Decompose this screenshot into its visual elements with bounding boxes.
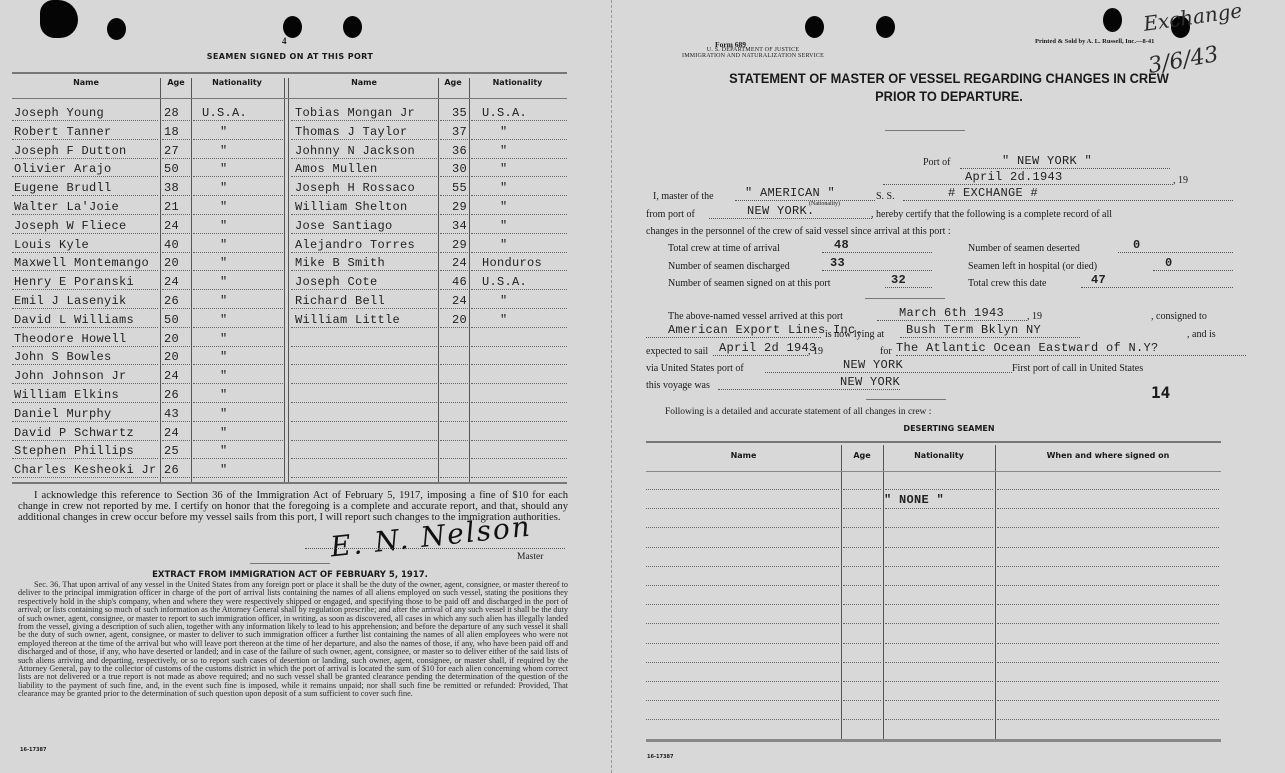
seaman-nationality: " [500,162,508,176]
deserted-label: Number of seamen deserted [968,243,1080,254]
seaman-age: 35 [452,106,467,120]
and-is-label: , and is [1187,329,1216,340]
form-title-line2: PRIOR TO DEPARTURE. [630,88,1268,106]
total-crew-arrival-value: 48 [834,238,849,252]
seaman-name: Emil J Lasenyik [14,294,127,308]
seaman-nationality: U.S.A. [482,275,527,289]
total-crew-arrival-field: 48 [822,241,932,253]
seaman-age: 34 [452,219,467,233]
deserting-seamen-table: Name Age Nationality When and where sign… [646,441,1221,739]
discharged-value: 33 [830,256,845,270]
total-crew-date-value: 47 [1091,273,1106,287]
seaman-age: 20 [452,313,467,327]
col-header-nationality: Nationality [192,78,282,87]
divider [250,563,330,564]
seaman-age: 18 [164,125,179,139]
col-header-age: Age [841,451,883,460]
seaman-nationality: " [500,294,508,308]
seaman-age: 24 [164,426,179,440]
vessel-value: # EXCHANGE # [948,186,1038,200]
seaman-name: David L Williams [14,313,134,327]
punch-hole [343,16,362,38]
col-header-name: Name [12,78,160,87]
divider [866,399,946,400]
page-number: 4 [282,36,287,46]
seaman-name: Thomas J Taylor [295,125,408,139]
nationality-field: " AMERICAN " [735,189,875,201]
form-code: 16-17387 [20,747,46,753]
seaman-nationality: " [220,388,228,402]
seaman-name: Maxwell Montemango [14,256,149,270]
arrived-value: March 6th 1943 [899,306,1004,320]
master-of-label: I, master of the [653,191,714,202]
extract-body: Sec. 36. That upon arrival of any vessel… [18,581,568,699]
seaman-nationality: " [220,426,228,440]
seaman-nationality: " [220,256,228,270]
seaman-age: 24 [452,256,467,270]
sail-label: expected to sail [646,346,708,357]
col-header-nationality: Nationality [883,451,995,460]
seaman-age: 24 [164,275,179,289]
seaman-age: 50 [164,162,179,176]
deserting-seamen-title: DESERTING SEAMEN [613,424,1285,433]
via-value: NEW YORK [843,358,903,372]
sail-year-suffix: , 19 [808,346,823,357]
service-name: IMMIGRATION AND NATURALIZATION SERVICE [643,53,863,59]
via-field: NEW YORK [765,361,1012,373]
seaman-nationality: " [220,162,228,176]
deserted-value: 0 [1133,238,1141,252]
discharged-label: Number of seamen discharged [668,261,790,272]
punch-hole [805,16,824,38]
seaman-name: Theodore Howell [14,332,127,346]
divider [885,130,965,131]
seaman-name: John Johnson Jr [14,369,127,383]
col-header-nationality: Nationality [470,78,565,87]
seaman-age: 29 [452,238,467,252]
port-of-value: " NEW YORK " [1002,154,1092,168]
seaman-name: Johnny N Jackson [295,144,415,158]
punch-hole [283,16,302,38]
ss-label: S. S. [876,191,895,202]
seaman-age: 29 [452,200,467,214]
punch-hole [876,16,895,38]
seaman-name: Mike B Smith [295,256,385,270]
seaman-name: Walter La'Joie [14,200,119,214]
seaman-name: William Elkins [14,388,119,402]
seaman-nationality: " [500,313,508,327]
seaman-age: 26 [164,294,179,308]
seaman-nationality: " [500,219,508,233]
seaman-name: Tobias Mongan Jr [295,106,415,120]
following-text: Following is a detailed and accurate sta… [665,407,931,417]
left-page: 4 SEAMEN SIGNED ON AT THIS PORT Name Age… [0,0,612,773]
seaman-name: William Little [295,313,400,327]
seaman-name: Joseph Young [14,106,104,120]
seaman-nationality: " [220,275,228,289]
first-port-label: First port of call in United States [1012,363,1143,374]
seaman-nationality: " [220,444,228,458]
vessel-field: # EXCHANGE # [903,189,1233,201]
col-header-age: Age [162,78,190,87]
date-value: April 2d.1943 [965,170,1063,184]
seaman-name: Jose Santiago [295,219,393,233]
seaman-nationality: " [500,238,508,252]
seaman-nationality: " [500,144,508,158]
seaman-name: Amos Mullen [295,162,378,176]
date-field: April 2d.1943 [883,173,1173,185]
ink-blot [40,0,78,38]
year-suffix: , 19 [1173,175,1188,186]
seaman-nationality: " [220,144,228,158]
seaman-name: Eugene Brudll [14,181,112,195]
seaman-name: Olivier Arajo [14,162,112,176]
seaman-nationality: " [220,332,228,346]
seaman-age: 27 [164,144,179,158]
department-header: U. S. DEPARTMENT OF JUSTICE IMMIGRATION … [643,47,863,59]
seaman-name: Joseph Cote [295,275,378,289]
seaman-age: 21 [164,200,179,214]
section-title: SEAMEN SIGNED ON AT THIS PORT [0,52,580,61]
seaman-age: 26 [164,388,179,402]
seaman-age: 30 [452,162,467,176]
seaman-age: 20 [164,256,179,270]
voyage-field: NEW YORK [718,378,900,390]
sail-field: April 2d 1943 [713,344,808,356]
certify-text: , hereby certify that the following is a… [871,209,1112,220]
hospital-label: Seamen left in hospital (or died) [968,261,1097,272]
seaman-age: 28 [164,106,179,120]
seaman-age: 55 [452,181,467,195]
from-port-label: from port of [646,209,695,220]
seaman-name: Daniel Murphy [14,407,112,421]
seaman-nationality: " [500,181,508,195]
sail-value: April 2d 1943 [719,341,817,355]
consignee-field: American Export Lines Inc. [646,326,821,338]
seaman-nationality: " [220,294,228,308]
seaman-age: 24 [164,369,179,383]
seaman-name: William Shelton [295,200,408,214]
seaman-nationality: " [500,200,508,214]
form-title: STATEMENT OF MASTER OF VESSEL REGARDING … [630,70,1268,106]
col-header-name: Name [290,78,438,87]
seaman-age: 50 [164,313,179,327]
stamp-number: 14 [1151,383,1170,402]
for-label: for [880,346,892,357]
seaman-age: 24 [452,294,467,308]
seaman-age: 46 [452,275,467,289]
seaman-nationality: " [220,369,228,383]
seaman-nationality: " [220,200,228,214]
form-code: 16-17387 [647,754,673,760]
seaman-nationality: U.S.A. [202,106,247,120]
seaman-name: Robert Tanner [14,125,112,139]
divider [865,298,945,299]
seaman-nationality: " [220,181,228,195]
from-port-value: NEW YORK. [747,204,815,218]
arrived-field: March 6th 1943 [877,309,1027,321]
lying-field: Bush Term Bklyn NY [900,326,1080,338]
punch-hole [107,18,126,40]
deserted-field: 0 [1118,241,1233,253]
port-of-field: " NEW YORK " [960,157,1170,169]
seaman-name: Alejandro Torres [295,238,415,252]
seaman-age: 37 [452,125,467,139]
seaman-name: Joseph W Fliece [14,219,127,233]
total-crew-arrival-label: Total crew at time of arrival [668,243,780,254]
signed-on-field: 32 [885,276,932,288]
seaman-nationality: " [220,238,228,252]
seaman-nationality: " [220,125,228,139]
seaman-age: 25 [164,444,179,458]
punch-hole [1103,8,1122,32]
hospital-value: 0 [1165,256,1173,270]
seaman-nationality: " [220,463,228,477]
seaman-nationality: " [500,125,508,139]
seaman-name: Richard Bell [295,294,385,308]
via-label: via United States port of [646,363,744,374]
seaman-age: 20 [164,332,179,346]
arrived-year-suffix: , 19 [1027,311,1042,322]
deserting-entry-none: " NONE " [884,493,944,507]
master-label: Master [517,552,543,562]
nationality-value: " AMERICAN " [745,186,835,200]
signature-line [305,548,565,549]
seaman-age: 38 [164,181,179,195]
seaman-name: John S Bowles [14,350,112,364]
hospital-field: 0 [1153,259,1233,271]
seaman-name: Joseph F Dutton [14,144,127,158]
seaman-nationality: " [220,313,228,327]
destination-field: The Atlantic Ocean Eastward of N.Y? [896,344,1246,356]
consigned-label: , consigned to [1151,311,1207,322]
seaman-nationality: " [220,407,228,421]
col-header-age: Age [438,78,468,87]
seaman-name: David P Schwartz [14,426,134,440]
total-crew-date-label: Total crew this date [968,278,1046,289]
seaman-nationality: Honduros [482,256,542,270]
seaman-age: 36 [452,144,467,158]
voyage-label: this voyage was [646,380,710,391]
right-page: Form 689 U. S. DEPARTMENT OF JUSTICE IMM… [613,0,1285,773]
seaman-name: Henry E Poranski [14,275,134,289]
total-crew-date-field: 47 [1081,276,1233,288]
lying-label: is now lying at [825,329,884,340]
port-of-label: Port of [923,157,951,168]
seamen-signed-on-table: Name Age Nationality Name Age Nationalit… [12,72,567,482]
seaman-nationality: " [220,350,228,364]
handwritten-ship-name: Exchange [1142,0,1244,36]
seaman-age: 43 [164,407,179,421]
signed-on-value: 32 [891,273,906,287]
form-title-line1: STATEMENT OF MASTER OF VESSEL REGARDING … [630,70,1268,88]
seaman-nationality: " [220,219,228,233]
seaman-name: Louis Kyle [14,238,89,252]
seaman-age: 20 [164,350,179,364]
seaman-name: Charles Kesheoki Jr [14,463,157,477]
discharged-field: 33 [822,259,932,271]
lying-value: Bush Term Bklyn NY [906,323,1041,337]
from-port-field: NEW YORK. [709,207,872,219]
seaman-nationality: U.S.A. [482,106,527,120]
printer-credit: Printed & Sold by A. L. Russell, Inc.—8-… [1035,38,1154,45]
changes-text: changes in the personnel of the crew of … [646,226,951,237]
col-header-name: Name [646,451,841,460]
col-header-when-where: When and where signed on [995,451,1221,460]
seaman-name: Joseph H Rossaco [295,181,415,195]
seaman-age: 24 [164,219,179,233]
voyage-value: NEW YORK [840,375,900,389]
seaman-name: Stephen Phillips [14,444,134,458]
signed-on-label: Number of seamen signed on at this port [668,278,830,289]
seaman-age: 40 [164,238,179,252]
arrived-label: The above-named vessel arrived at this p… [668,311,843,322]
extract-title: EXTRACT FROM IMMIGRATION ACT OF FEBRUARY… [0,570,580,580]
destination-value: The Atlantic Ocean Eastward of N.Y? [896,341,1159,355]
seaman-age: 26 [164,463,179,477]
